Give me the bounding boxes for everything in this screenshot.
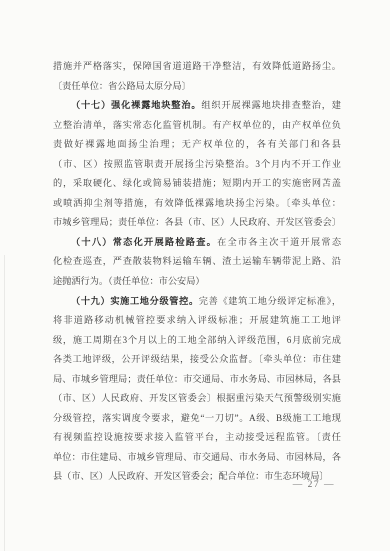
line-text: 分级管控，落实调度令要求，避免“一刀切”。A级、B级施工工地现 <box>53 413 341 423</box>
text-line: 立整治清单，落实常态化监管机制。有产权单位的，由产权单位负 <box>53 116 341 136</box>
line-text: （市、区）人民政府、开发区管委会〕根据重污染天气预警级别实施 <box>53 393 341 403</box>
text-line: 的，采取硬化、绿化或简易铺装措施；短期内开工的实施密网苫盖 <box>53 174 341 194</box>
text-line: 有视频监控设施按要求接入监管平台，主动接受远程监管。〔责任 <box>53 428 341 448</box>
line-text: 组织开展裸露地块排查整治，建 <box>201 100 341 110</box>
text-line: 责做好裸露地面扬尘治理；无产权单位的，各有关部门和各县 <box>53 135 341 155</box>
line-text: 完善《建筑工地分级评定标准》， <box>199 296 341 306</box>
text-line: 级，施工周期在3个月以上的工地全部纳入评级范围，6月底前完成 <box>53 331 341 351</box>
line-text: 在全市各主次干道开展常态 <box>217 237 341 247</box>
responsibility-unit-line: 〔责任单位：省公路局太原分局〕 <box>53 77 341 97</box>
document-text-block: 措施并严格落实，保障国省道道路干净整洁，有效降低道路扬尘。 〔责任单位：省公路局… <box>53 57 341 487</box>
section-17-line: （十七）强化裸露地块整治。组织开展裸露地块排查整治，建 <box>53 96 341 116</box>
section-heading: （十七）强化裸露地块整治。 <box>71 100 201 110</box>
line-text: 的，采取硬化、绿化或简易铺装措施；短期内开工的实施密网苫盖 <box>53 178 341 188</box>
line-text: 责做好裸露地面扬尘治理；无产权单位的，各有关部门和各县 <box>53 139 341 149</box>
line-text: 各类工地评级，公开评级结果，接受公众监督。〔牵头单位：市住建 <box>53 354 341 364</box>
line-text: 级，施工周期在3个月以上的工地全部纳入评级范围，6月底前完成 <box>53 335 341 345</box>
line-text: 或喷洒抑尘剂等措施，有效降低裸露地块扬尘污染。〔牵头单位： <box>53 198 341 208</box>
line-text: 化检查巡查，严查散装物料运输车辆、渣土运输车辆带泥上路、沿 <box>53 256 341 266</box>
page-number: — 27 — <box>293 478 335 492</box>
line-text: （市、区）按照监管职责开展扬尘污染整治。3个月内不开工作业 <box>53 159 341 169</box>
line-text: 单位：市住建局、市城乡管理局、市交通局、市水务局、市园林局，各 <box>53 452 341 462</box>
line-text: 立整治清单，落实常态化监管机制。有产权单位的，由产权单位负 <box>53 120 341 130</box>
line-text: 县（市、区）人民政府、开发区管委会；配合单位：市生态环境局〕 <box>53 471 329 481</box>
line-text: 市城乡管理局；责任单位：各县（市、区）人民政府、开发区管委会〕 <box>53 217 341 227</box>
text-line: 或喷洒抑尘剂等措施，有效降低裸露地块扬尘污染。〔牵头单位： <box>53 194 341 214</box>
line-text: 将非道路移动机械管控要求纳入评级标准；开展建筑施工工地评 <box>53 315 341 325</box>
section-heading: （十九）实施工地分级管控。 <box>71 296 199 306</box>
line-text: 有视频监控设施按要求接入监管平台，主动接受远程监管。〔责任 <box>53 432 341 442</box>
text-line: 局、市城乡管理局；责任单位：市交通局、市水务局、市园林局，各县 <box>53 370 341 390</box>
section-heading: （十八）常态化开展路检路查。 <box>71 237 217 247</box>
text-line: 市城乡管理局；责任单位：各县（市、区）人民政府、开发区管委会〕 <box>53 213 341 233</box>
line-text: 局、市城乡管理局；责任单位：市交通局、市水务局、市园林局，各县 <box>53 374 341 384</box>
responsibility-unit-line: 途抛洒行为。（责任单位：市公安局） <box>53 272 341 292</box>
line-text: 措施并严格落实，保障国省道道路干净整洁，有效降低道路扬尘。 <box>53 61 341 71</box>
line-text: 〔责任单位：省公路局太原分局〕 <box>53 81 191 91</box>
scan-edge-artifact <box>4 255 5 551</box>
text-line: 措施并严格落实，保障国省道道路干净整洁，有效降低道路扬尘。 <box>53 57 341 77</box>
section-18-line: （十八）常态化开展路检路查。在全市各主次干道开展常态 <box>53 233 341 253</box>
text-line: 将非道路移动机械管控要求纳入评级标准；开展建筑施工工地评 <box>53 311 341 331</box>
text-line: （市、区）人民政府、开发区管委会〕根据重污染天气预警级别实施 <box>53 389 341 409</box>
text-line: （市、区）按照监管职责开展扬尘污染整治。3个月内不开工作业 <box>53 155 341 175</box>
text-line: 各类工地评级，公开评级结果，接受公众监督。〔牵头单位：市住建 <box>53 350 341 370</box>
section-19-line: （十九）实施工地分级管控。完善《建筑工地分级评定标准》， <box>53 292 341 312</box>
text-line: 单位：市住建局、市城乡管理局、市交通局、市水务局、市园林局，各 <box>53 448 341 468</box>
document-page: 措施并严格落实，保障国省道道路干净整洁，有效降低道路扬尘。 〔责任单位：省公路局… <box>0 0 390 551</box>
text-line: 分级管控，落实调度令要求，避免“一刀切”。A级、B级施工工地现 <box>53 409 341 429</box>
text-line: 化检查巡查，严查散装物料运输车辆、渣土运输车辆带泥上路、沿 <box>53 252 341 272</box>
line-text: 途抛洒行为。（责任单位：市公安局） <box>53 276 205 286</box>
